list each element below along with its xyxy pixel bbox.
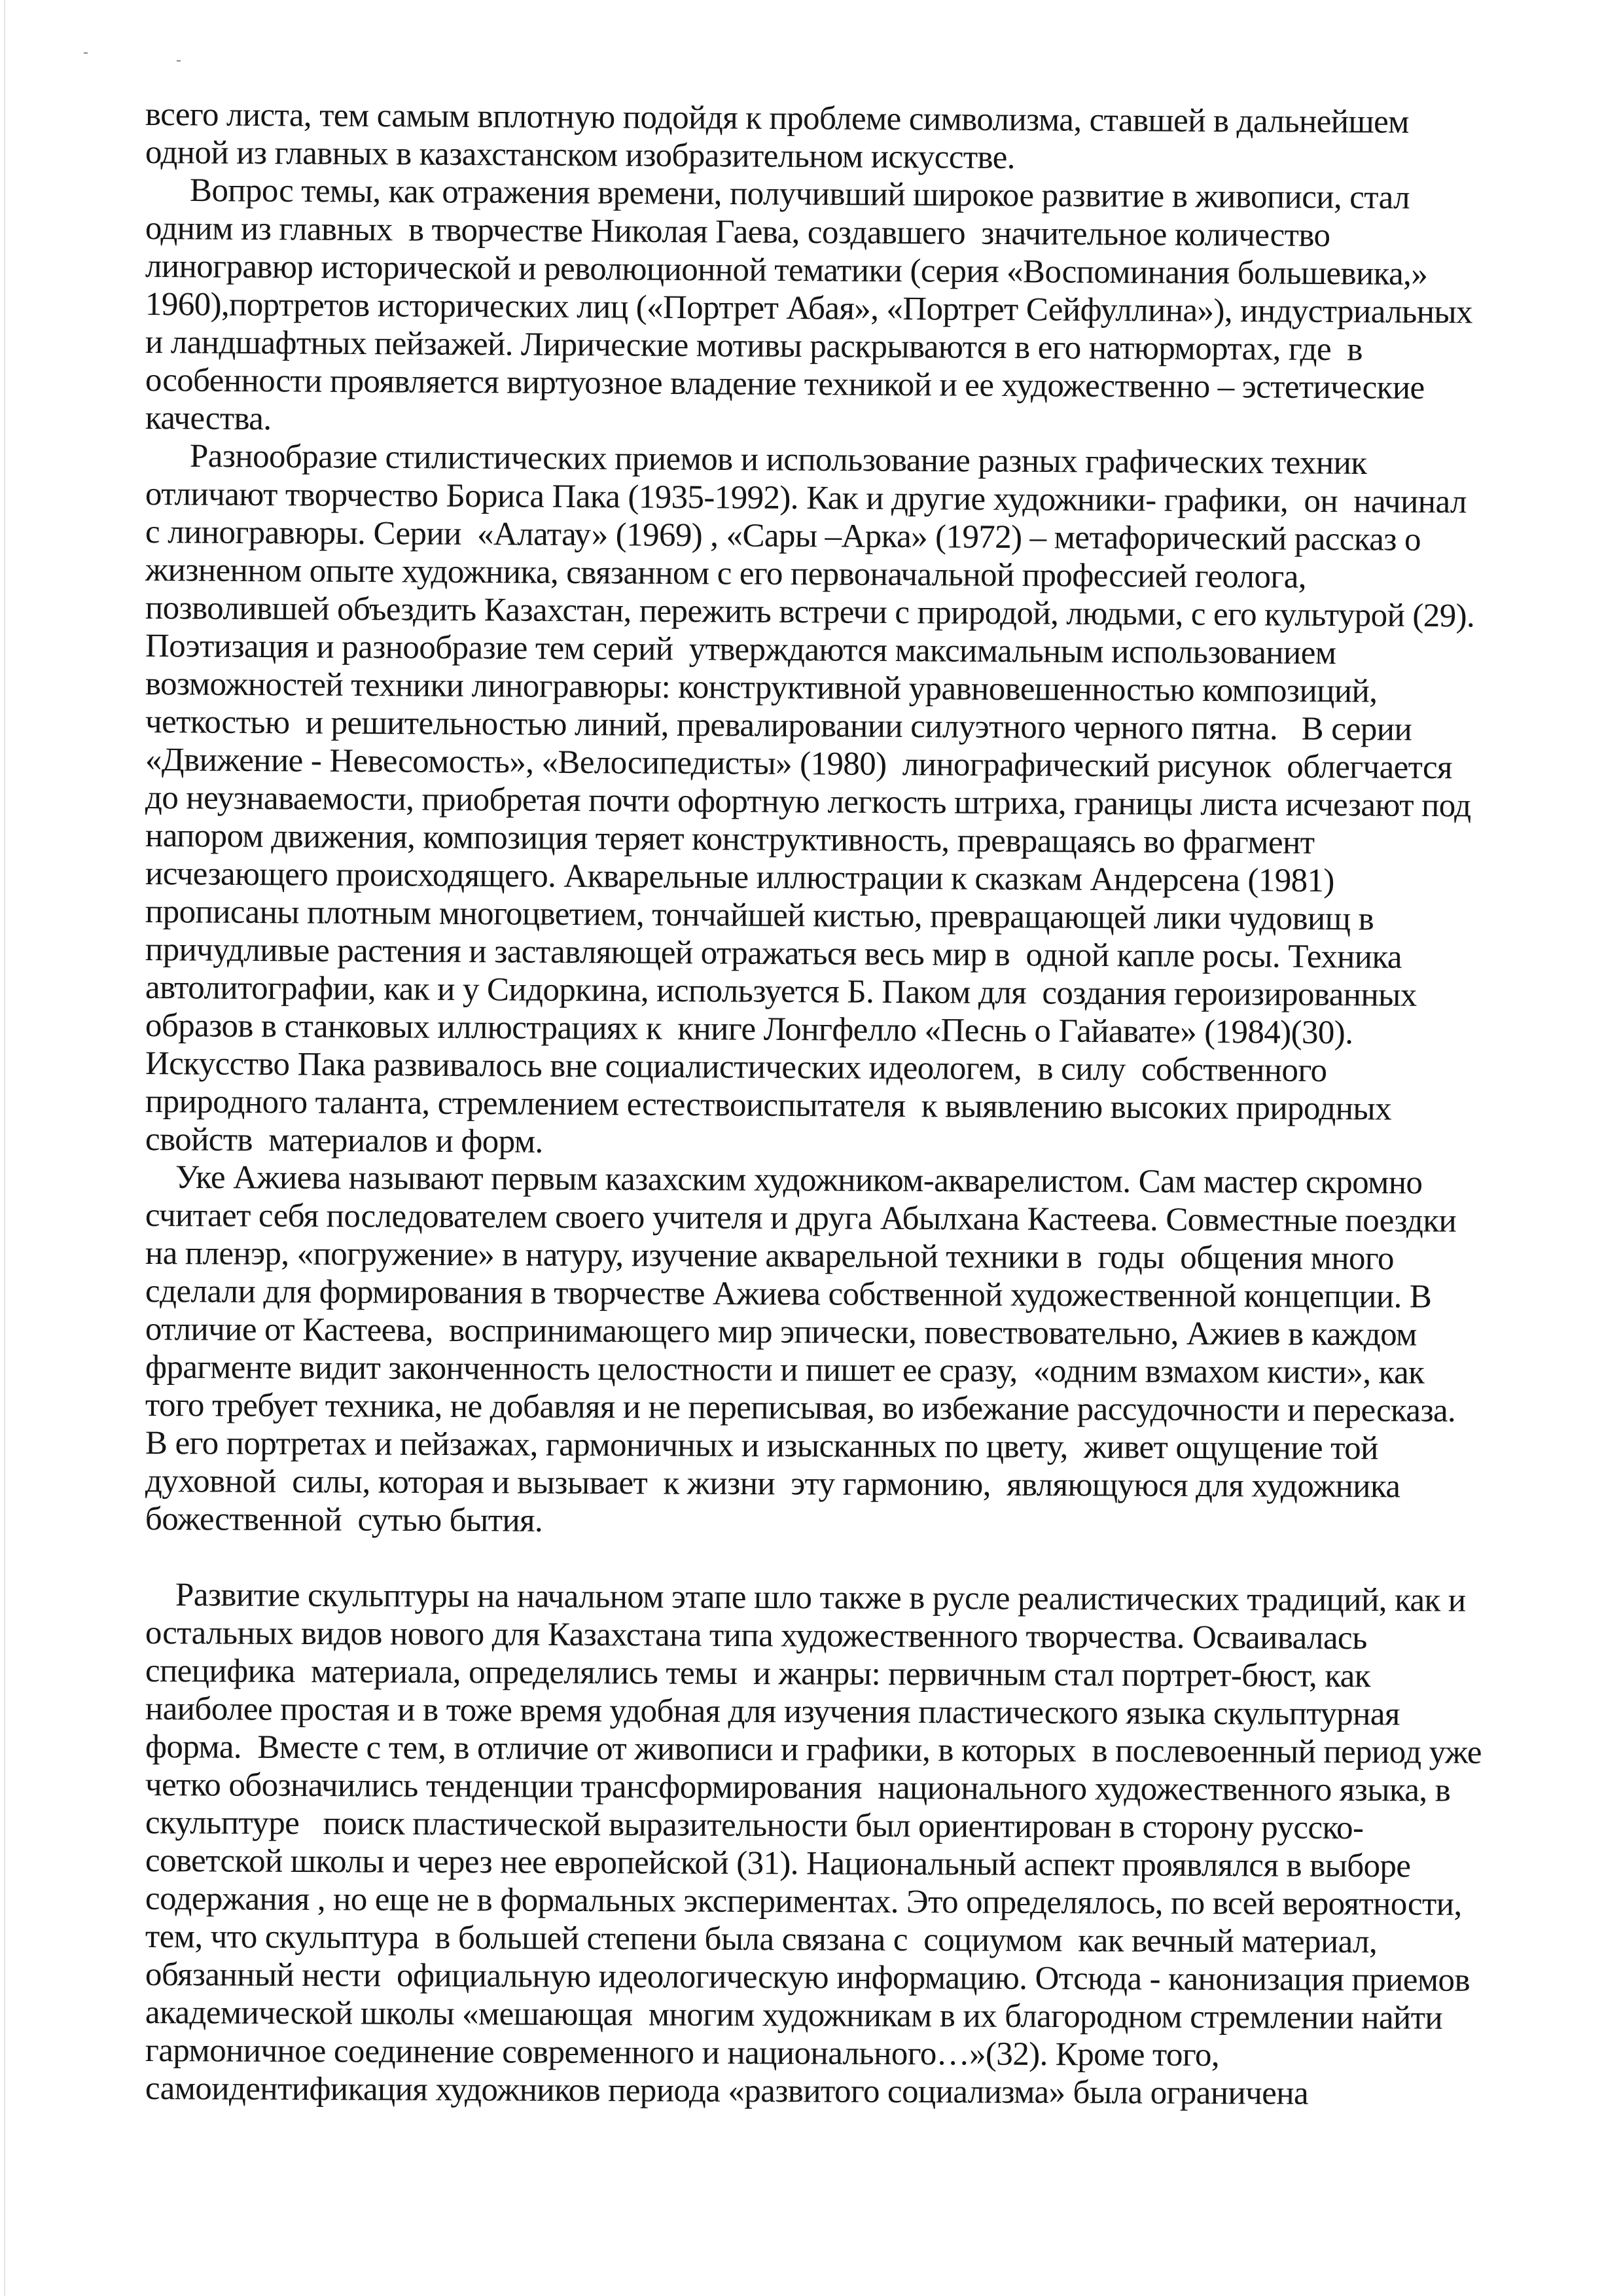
text-line: остальных видов нового для Казахстана ти… <box>145 1614 1367 1657</box>
text-line: четко обозначились тенденции трансформир… <box>145 1766 1450 1810</box>
text-line: особенности проявляется виртуозное владе… <box>145 361 1425 407</box>
text-line: одной из главных в казахстанском изобраз… <box>145 134 1015 177</box>
paragraph-first-line: Развитие скульптуры на начальном этапе ш… <box>175 1576 1466 1620</box>
paragraph-first-line: Разнообразие стилистических приемов и ис… <box>190 437 1367 482</box>
scan-speck <box>84 52 88 54</box>
text-line: качества. <box>145 399 272 438</box>
text-line: самоидентификация художников периода «ра… <box>145 2070 1308 2113</box>
text-line: В его портретах и пейзажах, гармоничных … <box>145 1424 1378 1467</box>
text-line: божественной сутью бытия. <box>145 1500 543 1540</box>
scan-edge-artifact <box>4 0 5 2296</box>
scanned-page: всего листа, тем самым вплотную подойдя … <box>0 0 1623 2296</box>
text-line: содержания , но еще не в формальных эксп… <box>145 1880 1462 1924</box>
text-line: отличие от Кастеева, воспринимающего мир… <box>145 1310 1417 1354</box>
text-line: обязанный нести официальную идеологическ… <box>145 1956 1470 2000</box>
text-line: наиболее простая и в тоже время удобная … <box>145 1690 1400 1733</box>
text-line: жизненном опыте художника, связанном с е… <box>145 551 1306 596</box>
text-line: на пленэр, «погружение» в натуру, изучен… <box>145 1234 1394 1278</box>
text-line: фрагменте видит законченность целостност… <box>145 1348 1425 1392</box>
text-line: духовной силы, которая и вызывает к жизн… <box>145 1462 1400 1505</box>
text-line: скульптуре поиск пластической выразитель… <box>145 1804 1364 1847</box>
text-line: считает себя последователем своего учите… <box>145 1196 1456 1240</box>
text-line: того требует техника, не добавляя и не п… <box>145 1386 1455 1430</box>
text-line: гармоничное соединение современного и на… <box>145 2032 1219 2074</box>
text-line: специфика материала, определялись темы и… <box>145 1652 1370 1695</box>
text-line: сделали для формирования в творчестве Аж… <box>145 1272 1432 1316</box>
text-line: советской школы и через нее европейской … <box>145 1842 1411 1885</box>
scan-speck <box>177 60 181 62</box>
text-line: форма. Вместе с тем, в отличие от живопи… <box>145 1728 1482 1772</box>
text-line: свойств материалов и форм. <box>145 1121 543 1161</box>
text-line: напором движения, композиция теряет конс… <box>145 817 1315 862</box>
text-line: академической школы «мешающая многим худ… <box>145 1994 1442 2037</box>
paragraph-first-line: Вопрос темы, как отражения времени, полу… <box>190 171 1410 217</box>
text-line: тем, что скульптура в большей степени бы… <box>145 1918 1377 1961</box>
paragraph-first-line: Уке Ажиева называют первым казахским худ… <box>175 1158 1423 1202</box>
